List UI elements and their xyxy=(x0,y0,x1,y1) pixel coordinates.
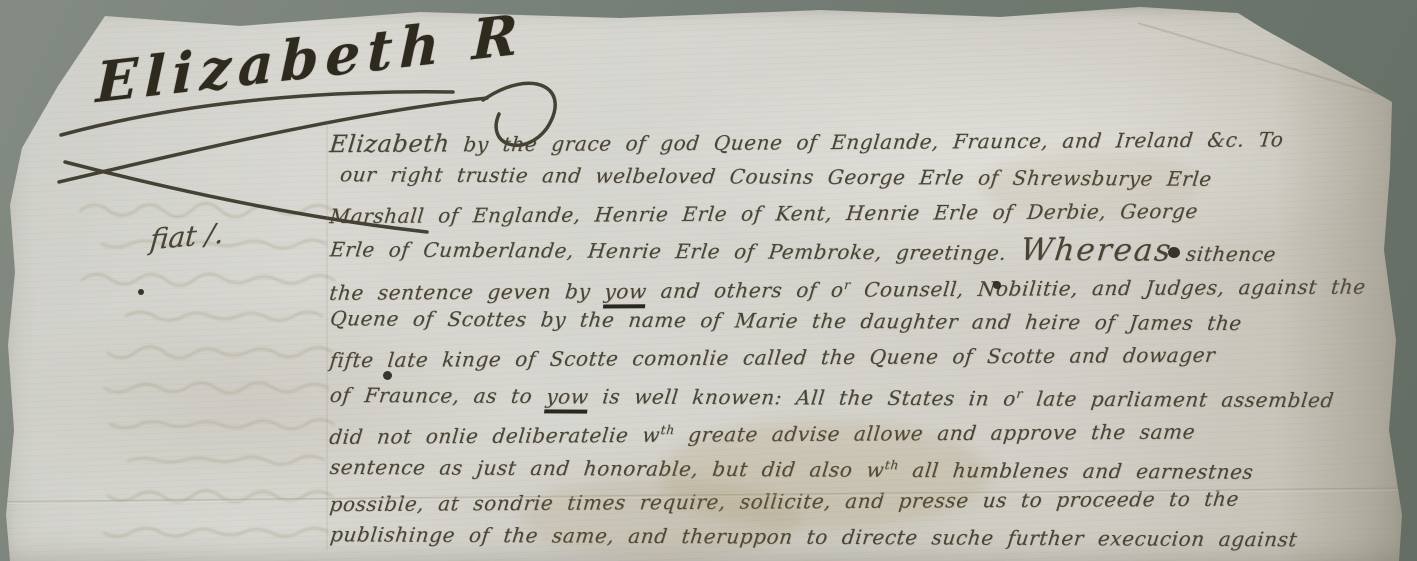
manuscript-text: Whereas xyxy=(1019,232,1175,269)
manuscript-text: of Fraunce, as to xyxy=(329,383,548,408)
manuscript-text: our right trustie and welbeloved Cousins… xyxy=(339,162,1213,191)
manuscript-text: publishinge of the same, and theruppon t… xyxy=(329,522,1299,551)
manuscript-lines: Elizabeth by the grace of god Quene of E… xyxy=(330,0,1370,561)
ink-blot xyxy=(1168,247,1180,258)
manuscript-text: by the grace of god Quene of Englande, F… xyxy=(448,127,1284,156)
manuscript-text: Elizabeth xyxy=(328,129,451,158)
manuscript-text: yow xyxy=(603,279,648,308)
manuscript-text: is well knowen: All the States in o xyxy=(587,384,1017,410)
ink-blot xyxy=(993,281,1001,289)
manuscript-line: the sentence geven by yow and others of … xyxy=(328,269,1372,306)
manuscript-line: publishinge of the same, and theruppon t… xyxy=(329,521,1371,552)
manuscript-text: sentence as just and honorable, but did … xyxy=(329,455,886,482)
manuscript-text: Quene of Scottes by the name of Marie th… xyxy=(329,306,1243,335)
manuscript-text: Erle of Cumberlande, Henrie Erle of Pemb… xyxy=(329,237,1022,265)
manuscript-line: Marshall of Englande, Henrie Erle of Ken… xyxy=(328,197,1371,229)
manuscript-text: did not onlie deliberatelie w xyxy=(328,423,661,449)
manuscript-text: yow xyxy=(545,384,590,413)
manuscript-line: Erle of Cumberlande, Henrie Erle of Pemb… xyxy=(329,233,1372,267)
manuscript-line: sentence as just and honorable, but did … xyxy=(329,449,1372,485)
manuscript-line: Elizabeth by the grace of god Quene of E… xyxy=(328,125,1371,158)
photograph-background: Elizabeth R fiat /. Elizabeth by the gra… xyxy=(0,0,1417,561)
parchment-document: Elizabeth R fiat /. Elizabeth by the gra… xyxy=(0,0,1417,561)
ink-blot xyxy=(383,371,392,380)
manuscript-text: sithence xyxy=(1171,242,1278,267)
manuscript-line: Quene of Scottes by the name of Marie th… xyxy=(329,305,1371,336)
manuscript-text: the sentence geven by xyxy=(328,279,605,305)
manuscript-text: Marshall of Englande, Henrie Erle of Ken… xyxy=(328,199,1199,228)
ink-blot xyxy=(138,289,144,295)
margin-note-fiat: fiat /. xyxy=(149,217,225,257)
manuscript-line: our right trustie and welbeloved Cousins… xyxy=(339,161,1381,192)
manuscript-text: late parliament assembled xyxy=(1021,387,1335,413)
manuscript-text: Counsell, Nobilitie, and Judges, against… xyxy=(849,275,1367,302)
manuscript-line: did not onlie deliberatelie wth greate a… xyxy=(328,413,1372,450)
manuscript-line: fifte late kinge of Scotte comonlie call… xyxy=(328,341,1371,373)
manuscript-line: of Fraunce, as to yow is well knowen: Al… xyxy=(329,377,1372,413)
manuscript-text: and others of o xyxy=(646,278,845,303)
manuscript-text: all humblenes and earnestnes xyxy=(897,458,1255,484)
manuscript-text: greate advise allowe and approve the sam… xyxy=(673,420,1196,447)
left-margin-crease xyxy=(326,120,328,550)
manuscript-text: fifte late kinge of Scotte comonlie call… xyxy=(328,343,1216,372)
